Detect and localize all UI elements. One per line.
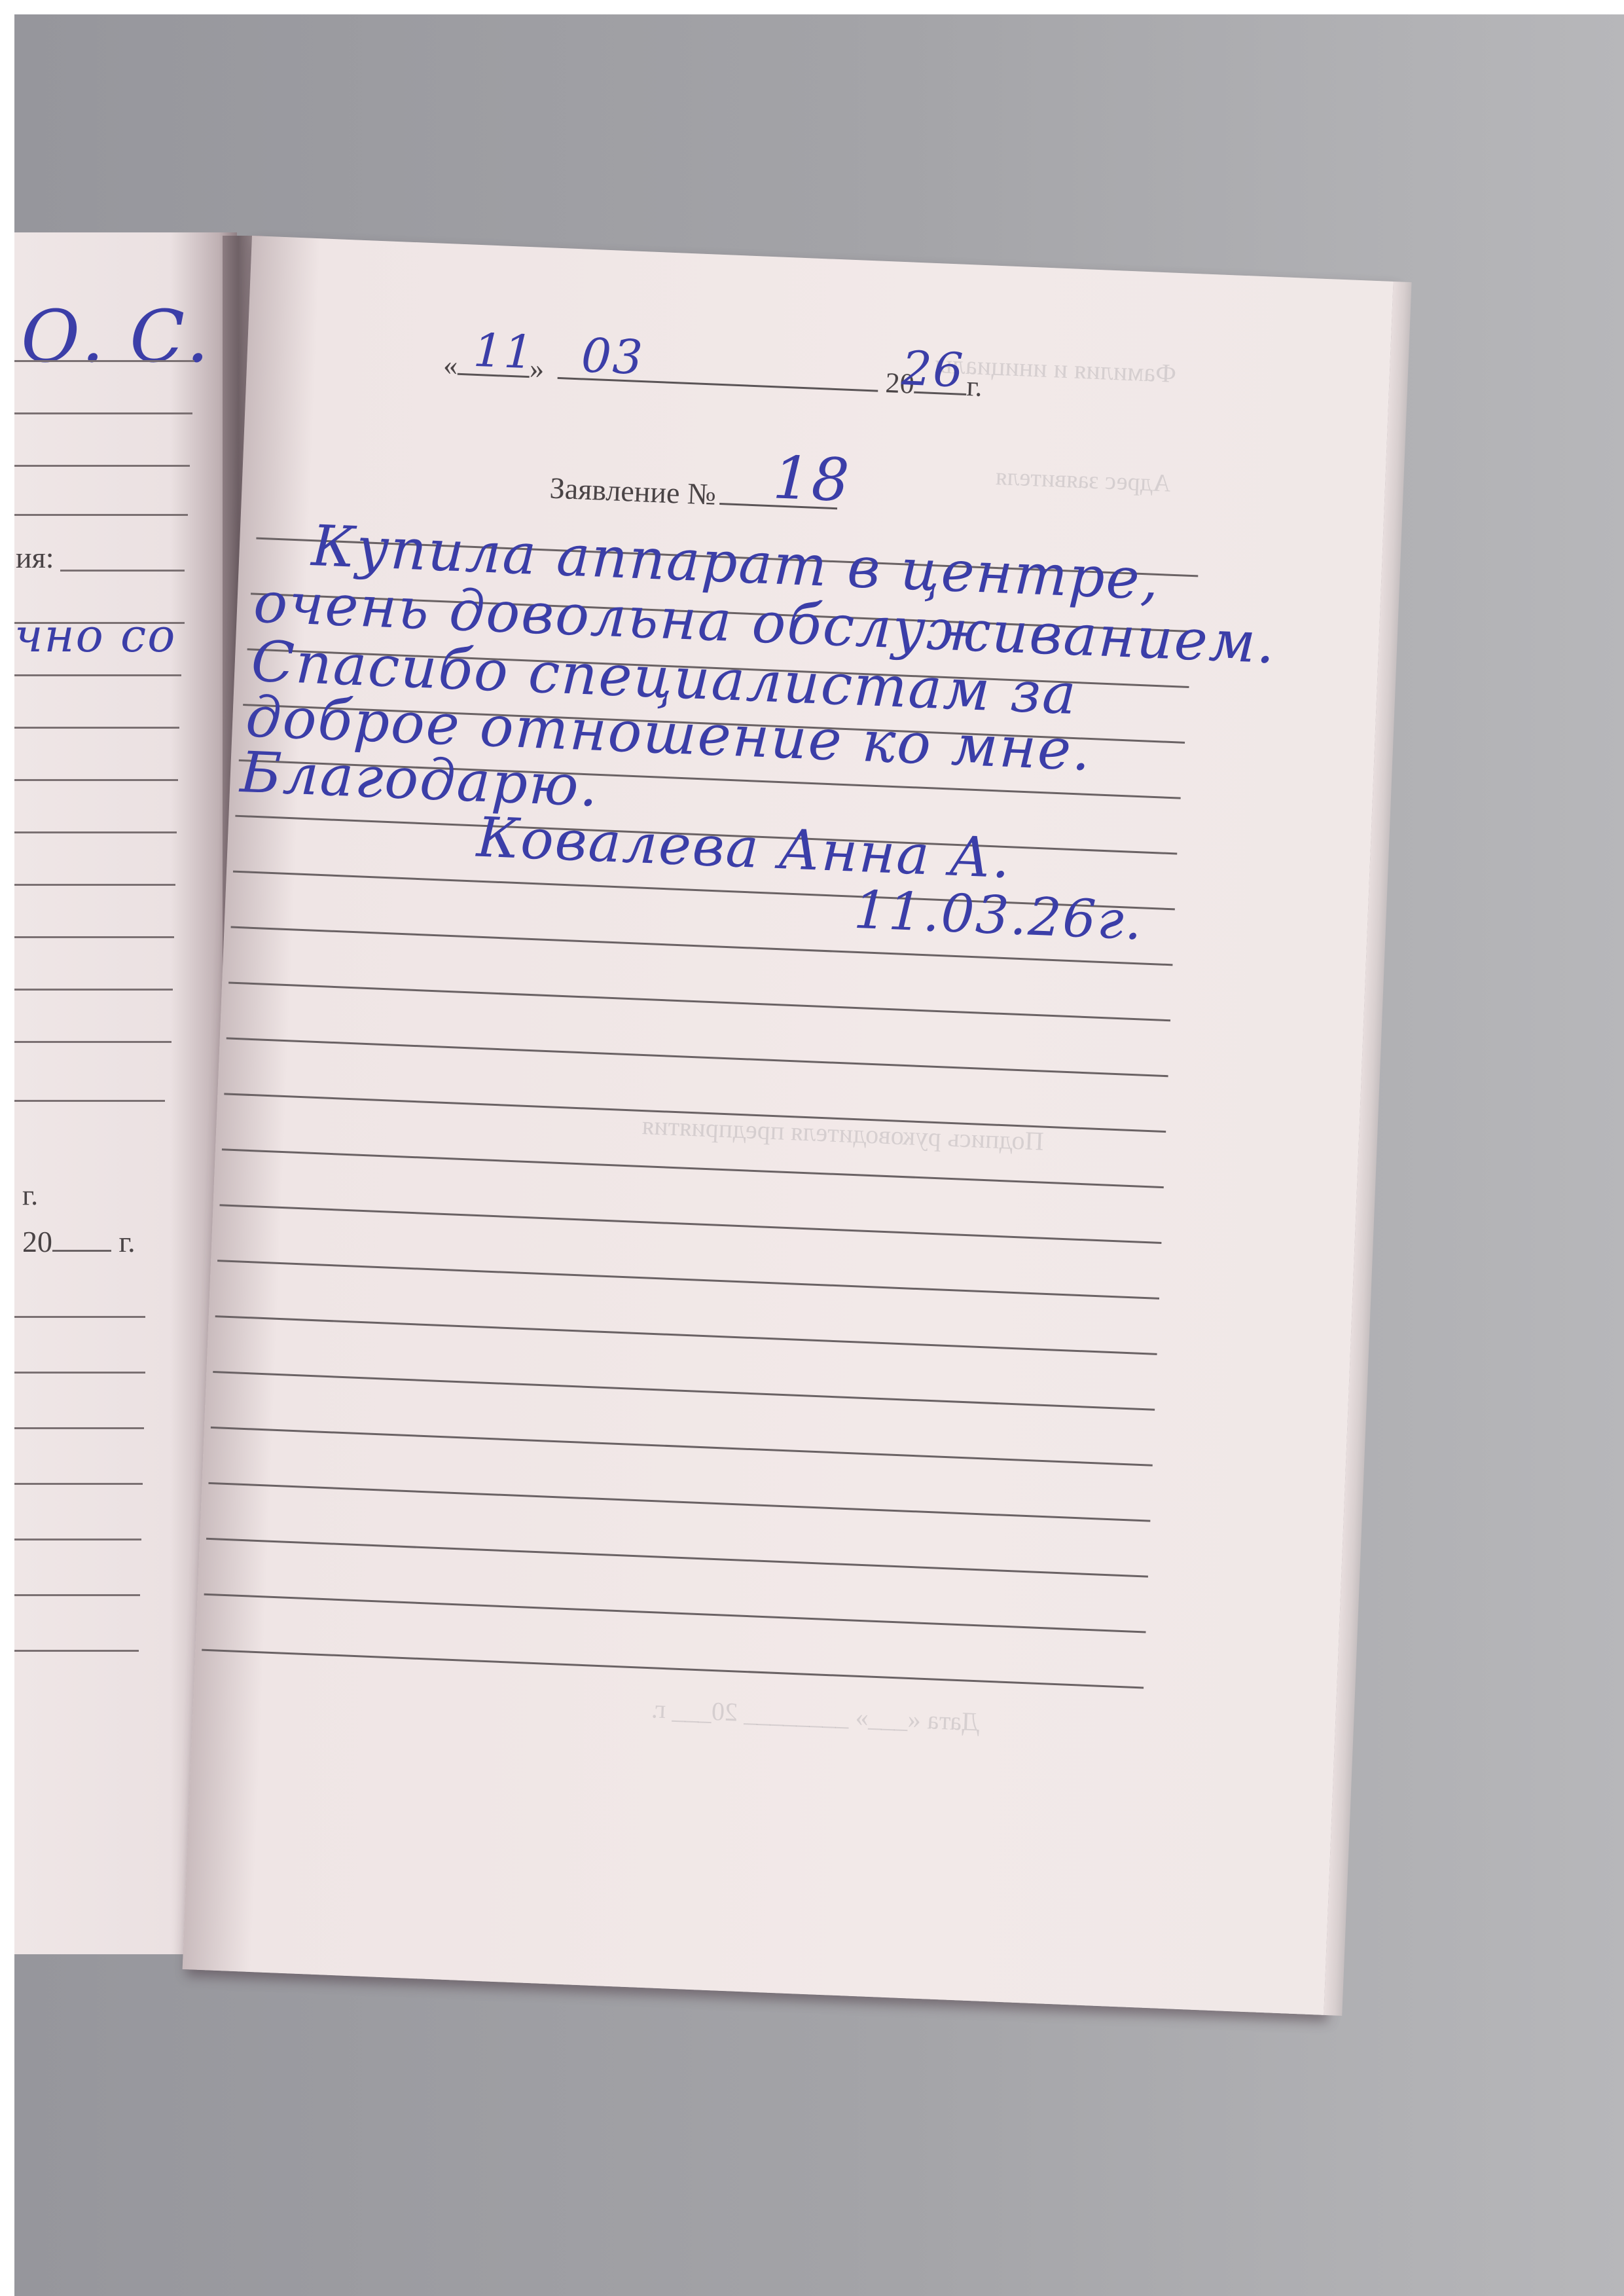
left-rule xyxy=(14,1594,140,1596)
left-rule xyxy=(14,1483,143,1485)
left-rule xyxy=(14,514,188,516)
right-page: Фамилия и инициалы Адрес заявителя Подпи… xyxy=(183,236,1394,2015)
signed-date: 11.03.26г. xyxy=(853,879,1144,952)
date-day: 11 xyxy=(473,323,535,380)
left-rule xyxy=(14,831,177,833)
ruled-line xyxy=(213,1371,1155,1411)
left-rule xyxy=(14,622,185,624)
left-rule xyxy=(60,570,185,572)
left-rule xyxy=(14,1372,145,1374)
left-rule xyxy=(14,936,174,938)
left-rule xyxy=(14,1041,171,1043)
ruled-line xyxy=(202,1649,1144,1689)
date-year-unit: г. xyxy=(966,370,983,403)
ruled-line xyxy=(217,1260,1159,1300)
bleed-through-text: Адрес заявителя xyxy=(995,462,1171,498)
statement-title-label: Заявление № xyxy=(549,471,717,511)
bleed-through-text: Подпись руководителя предприятия xyxy=(641,1110,1044,1157)
left-rule xyxy=(14,989,173,991)
ruled-line xyxy=(228,981,1170,1021)
left-date-year: 20 г. xyxy=(22,1224,135,1259)
ruled-line xyxy=(208,1482,1150,1522)
left-rule xyxy=(14,1100,165,1102)
ruled-line xyxy=(215,1315,1157,1355)
date-year-suffix: 26 xyxy=(901,340,965,398)
left-rule xyxy=(14,1427,144,1429)
ruled-line xyxy=(204,1594,1146,1633)
left-rule xyxy=(14,727,179,729)
statement-number: 18 xyxy=(772,443,852,515)
left-rule xyxy=(14,884,175,886)
ruled-line xyxy=(206,1538,1148,1578)
left-rule xyxy=(14,465,190,467)
ruled-line xyxy=(219,1204,1161,1244)
ruled-line xyxy=(226,1037,1168,1077)
left-rule xyxy=(14,1539,141,1540)
date-open-quote: « xyxy=(442,349,458,382)
left-year-unit: г. xyxy=(22,1178,38,1212)
left-rule xyxy=(14,1316,145,1318)
left-rule xyxy=(14,412,192,414)
left-rule xyxy=(14,1650,139,1652)
signature: Ковалева Анна А. xyxy=(475,805,1012,891)
left-date-prefix: 20 xyxy=(22,1225,52,1258)
left-handwritten-initials: О. С. xyxy=(21,295,210,378)
bleed-through-text: Дата «___» ________ 20___ г. xyxy=(651,1693,980,1737)
ruled-line xyxy=(211,1427,1153,1467)
left-rule xyxy=(14,779,178,781)
left-label-fragment: ия: xyxy=(16,540,54,575)
left-rule xyxy=(14,674,181,676)
left-rule xyxy=(14,360,194,362)
left-handwritten-fragment: чно со xyxy=(14,609,176,663)
date-month: 03 xyxy=(580,327,645,385)
left-date-unit: г. xyxy=(119,1225,135,1258)
